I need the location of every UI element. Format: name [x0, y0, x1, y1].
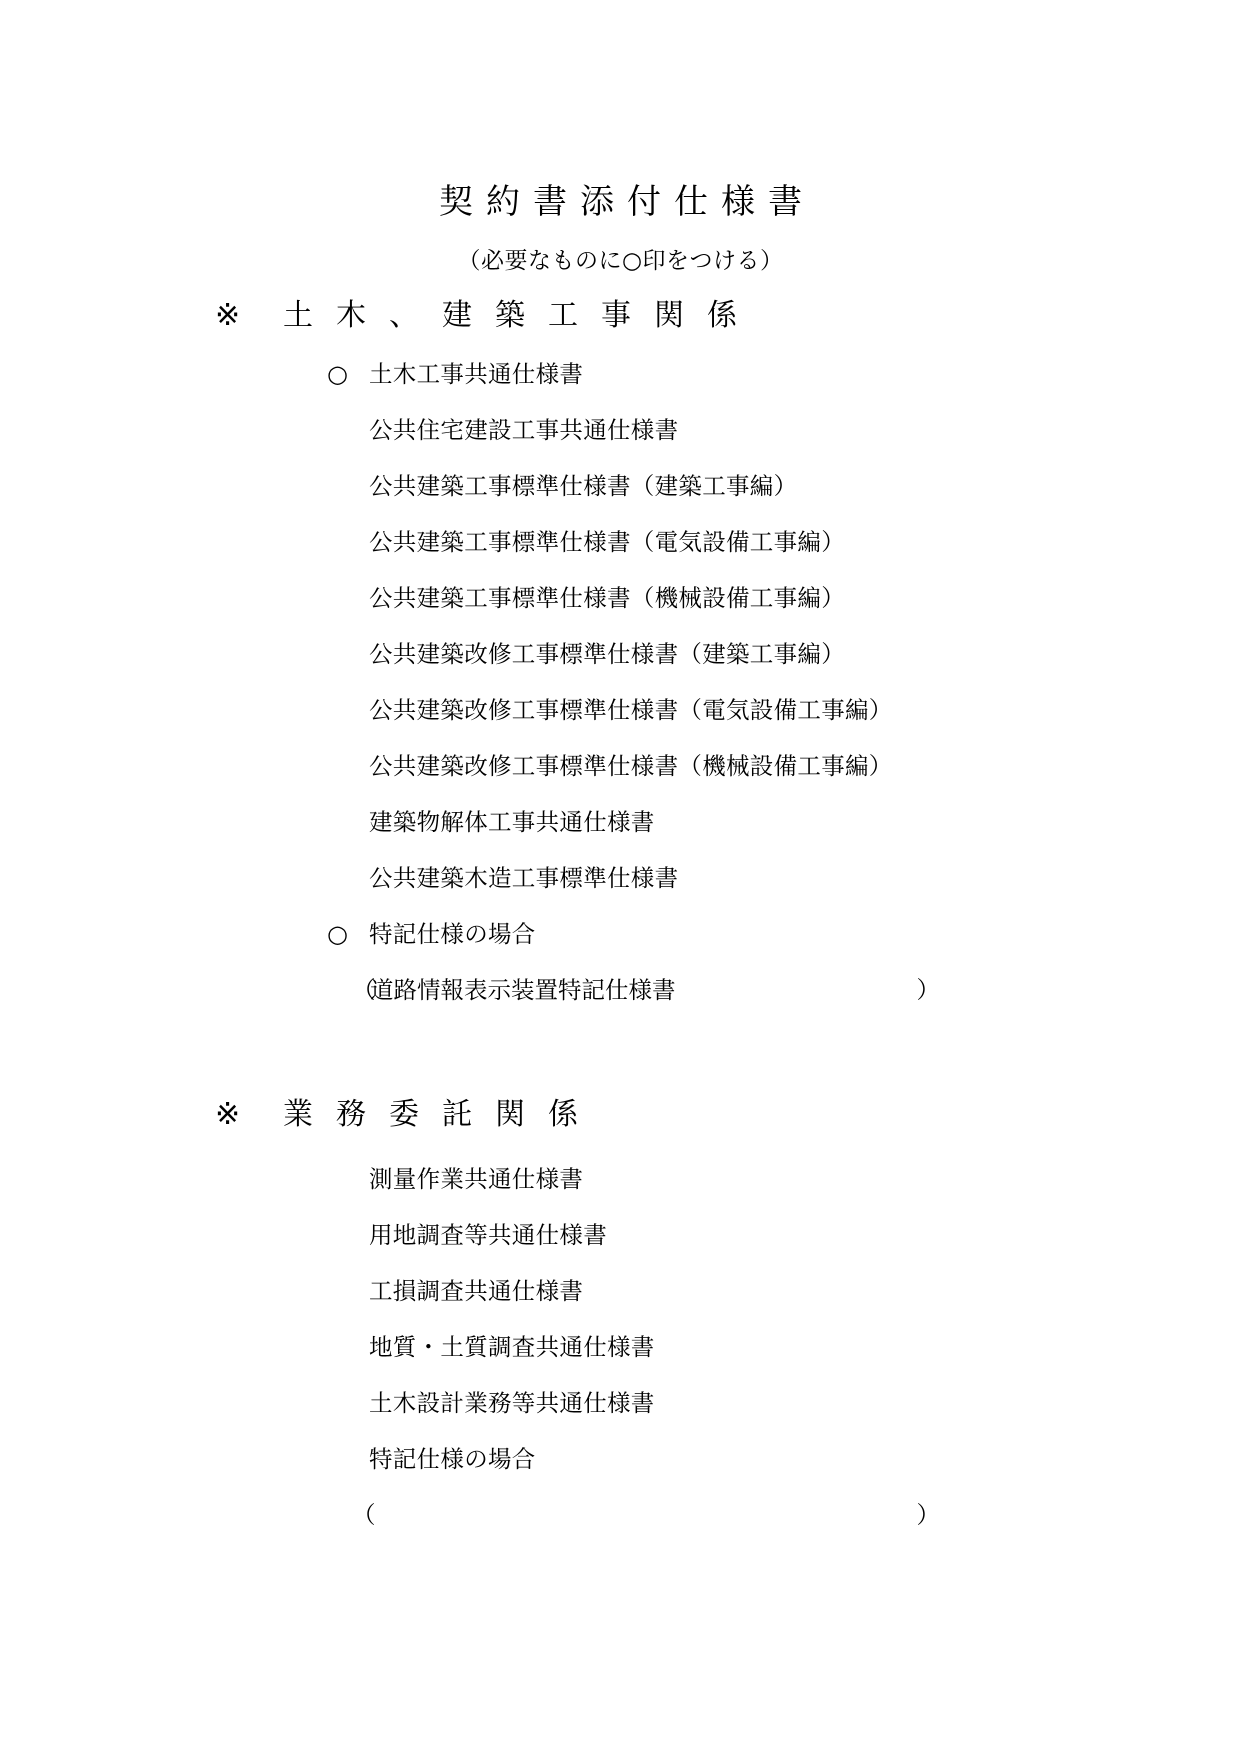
- close-paren: ）: [917, 1500, 941, 1530]
- list-item: 公共建築木造工事標準仕様書: [369, 863, 678, 893]
- list-item: 土木設計業務等共通仕様書: [369, 1388, 655, 1418]
- document-subtitle: （必要なものに○印をつける）: [0, 246, 1241, 276]
- reference-mark-icon: ※: [215, 1097, 283, 1133]
- list-item: 測量作業共通仕様書: [369, 1164, 583, 1194]
- item-label: 工損調査共通仕様書: [369, 1277, 583, 1305]
- item-label: 測量作業共通仕様書: [369, 1165, 583, 1193]
- item-label: 特記仕様の場合: [369, 1445, 536, 1473]
- item-label: 公共建築工事標準仕様書（機械設備工事編）: [369, 584, 845, 612]
- list-item: 公共建築改修工事標準仕様書（電気設備工事編）: [369, 695, 893, 725]
- document-title: 契約書添付仕様書: [0, 182, 1241, 222]
- list-item: 公共建築改修工事標準仕様書（建築工事編）: [369, 639, 845, 669]
- special-spec-value: 道路情報表示装置特記仕様書: [370, 975, 676, 1005]
- item-label: 公共建築改修工事標準仕様書（機械設備工事編）: [369, 752, 893, 780]
- list-item: 公共建築工事標準仕様書（建築工事編）: [369, 471, 797, 501]
- item-label: 土木設計業務等共通仕様書: [369, 1389, 655, 1417]
- close-paren: ）: [917, 975, 941, 1005]
- item-label: 用地調査等共通仕様書: [369, 1221, 607, 1249]
- list-item: 公共建築工事標準仕様書（機械設備工事編）: [369, 583, 845, 613]
- circle-selected-icon: ○: [327, 359, 348, 389]
- list-item: 建築物解体工事共通仕様書: [369, 807, 655, 837]
- item-label: 公共建築木造工事標準仕様書: [369, 864, 678, 892]
- list-item: 公共建築改修工事標準仕様書（機械設備工事編）: [369, 751, 893, 781]
- item-label: 公共建築工事標準仕様書（電気設備工事編）: [369, 528, 845, 556]
- item-label: 公共建築工事標準仕様書（建築工事編）: [369, 472, 797, 500]
- circle-selected-icon: ○: [327, 919, 348, 949]
- list-item: ○ 特記仕様の場合: [369, 919, 536, 949]
- list-item: 公共住宅建設工事共通仕様書: [369, 415, 678, 445]
- list-item: ○ 土木工事共通仕様書: [369, 359, 583, 389]
- item-label: 公共建築改修工事標準仕様書（電気設備工事編）: [369, 696, 893, 724]
- item-label: 土木工事共通仕様書: [369, 360, 583, 388]
- open-paren: （: [352, 1500, 376, 1530]
- list-item: 公共建築工事標準仕様書（電気設備工事編）: [369, 527, 845, 557]
- item-label: 特記仕様の場合: [369, 920, 536, 948]
- section-heading-text: 土木、建築工事関係: [283, 298, 760, 333]
- section-heading-text: 業務委託関係: [283, 1097, 601, 1132]
- item-label: 公共住宅建設工事共通仕様書: [369, 416, 678, 444]
- section-heading-consulting: ※業務委託関係: [215, 1097, 601, 1133]
- item-label: 建築物解体工事共通仕様書: [369, 808, 655, 836]
- reference-mark-icon: ※: [215, 298, 283, 334]
- list-item: 地質・土質調査共通仕様書: [369, 1332, 655, 1362]
- list-item: 工損調査共通仕様書: [369, 1276, 583, 1306]
- item-label: 地質・土質調査共通仕様書: [369, 1333, 655, 1361]
- item-label: 公共建築改修工事標準仕様書（建築工事編）: [369, 640, 845, 668]
- list-item: 特記仕様の場合: [369, 1444, 536, 1474]
- list-item: 用地調査等共通仕様書: [369, 1220, 607, 1250]
- section-heading-construction: ※土木、建築工事関係: [215, 298, 760, 334]
